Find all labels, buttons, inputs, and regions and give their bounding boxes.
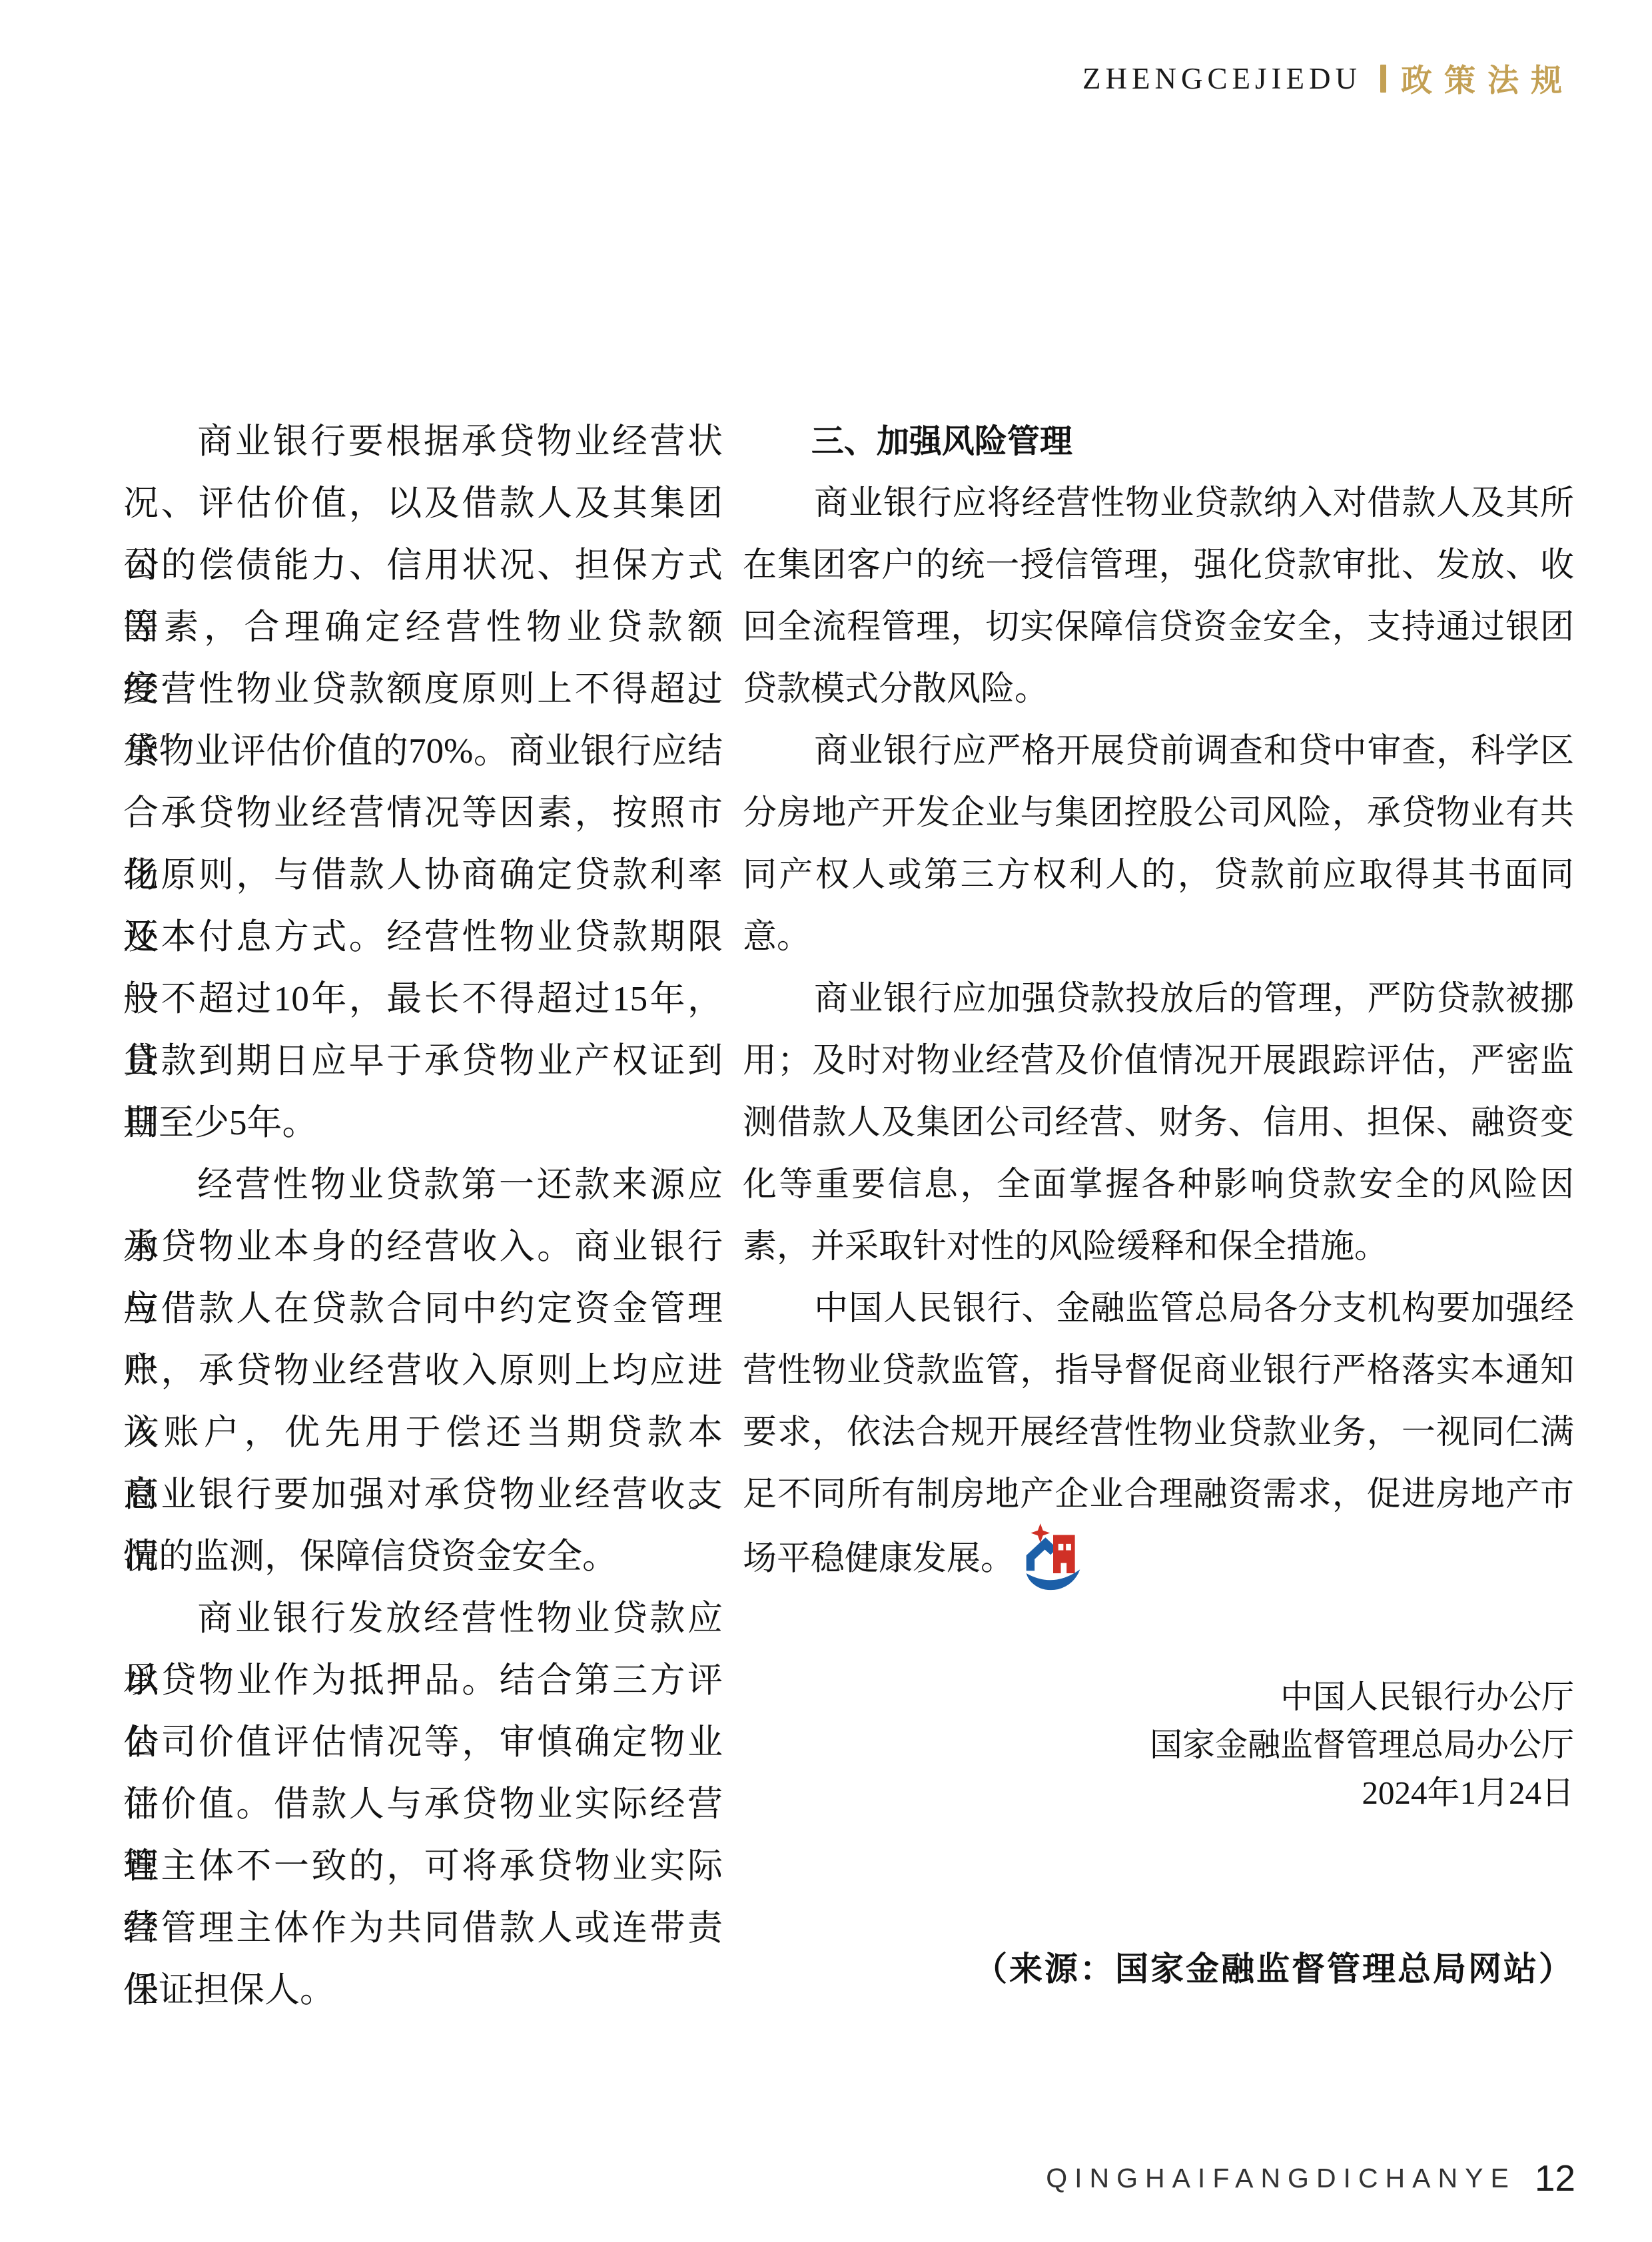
text-line: 商业银行发放经营性物业贷款应以: [123, 1588, 723, 1650]
text-line: 与借款人在贷款合同中约定资金管理账: [123, 1278, 723, 1340]
header-separator-bar: [1380, 65, 1386, 93]
text-line: 贷款到期日应早于承贷物业产权证到期: [123, 1030, 723, 1092]
text-line: 素，并采取针对性的风险缓释和保全措施。: [743, 1216, 1574, 1278]
text-line: 贷物业评估价值的70%。商业银行应结: [123, 721, 723, 783]
text-line: 商业银行应加强贷款投放后的管理，严防贷款被挪: [743, 968, 1574, 1030]
text-line: 用；及时对物业经营及价值情况开展跟踪评估，严密监: [743, 1030, 1574, 1092]
signature-line: 国家金融监督管理总局办公厅: [775, 1721, 1574, 1769]
page-header: ZHENGCEJIEDU 政策法规: [1082, 56, 1574, 101]
signature-line: 中国人民银行办公厅: [775, 1673, 1574, 1721]
text-line: 营性物业贷款监管，指导督促商业银行严格落实本通知: [743, 1340, 1574, 1402]
magazine-page: ZHENGCEJIEDU 政策法规 商业银行要根据承贷物业经营状况、评估价值，以…: [0, 0, 1652, 2242]
page-footer: QINGHAIFANGDICHANYE 12: [1046, 2157, 1575, 2199]
text-line: 要求，依法合规开展经营性物业贷款业务，一视同仁满: [743, 1402, 1574, 1464]
source-note: （来源：国家金融监督管理总局网站）: [974, 1942, 1574, 1990]
signature-line: 2024年1月24日: [775, 1769, 1574, 1817]
text-line: 因素，合理确定经营性物业贷款额度。: [123, 597, 723, 659]
page-number: 12: [1535, 2157, 1575, 2199]
text-line: 合承贷物业经营情况等因素，按照市场: [123, 783, 723, 845]
text-line: 经营性物业贷款第一还款来源应为: [123, 1154, 723, 1216]
text-line: 户，承贷物业经营收入原则上均应进入: [123, 1340, 723, 1402]
text-line: 足不同所有制房地产企业合理融资需求，促进房地产市: [743, 1464, 1574, 1526]
text-line: 贷款模式分散风险。: [743, 659, 1574, 721]
text-line: 商业银行应将经营性物业贷款纳入对借款人及其所: [743, 473, 1574, 535]
text-line: 般不超过10年，最长不得超过15年，且: [123, 968, 723, 1030]
text-line: 经营性物业贷款额度原则上不得超过承: [123, 659, 723, 721]
text-line: 场平稳健康发展。: [743, 1526, 1574, 1588]
text-line: 意。: [743, 907, 1574, 968]
magazine-end-logo-icon: [1021, 1522, 1085, 1594]
text-line: 日至少5年。: [123, 1092, 723, 1154]
text-line: 分房地产开发企业与集团控股公司风险，承贷物业有共: [743, 783, 1574, 845]
text-line: 理主体不一致的，可将承贷物业实际经: [123, 1836, 723, 1898]
text-line: 况、评估价值，以及借款人及其集团公: [123, 473, 723, 535]
text-line: 回全流程管理，切实保障信贷资金安全，支持通过银团: [743, 597, 1574, 659]
text-line: 该账户，优先用于偿还当期贷款本息。: [123, 1402, 723, 1464]
text-line: 商业银行应严格开展贷前调查和贷中审查，科学区: [743, 721, 1574, 783]
text-line: 化原则，与借款人协商确定贷款利率及: [123, 845, 723, 907]
text-line: 营管理主体作为共同借款人或连带责任: [123, 1898, 723, 1960]
section-title: 政策法规: [1401, 56, 1574, 101]
article-right-column: 三、加强风险管理商业银行应将经营性物业贷款纳入对借款人及其所在集团客户的统一授信…: [743, 411, 1574, 1588]
text-line: 公司价值评估情况等，审慎确定物业评: [123, 1712, 723, 1774]
text-line: 还本付息方式。经营性物业贷款期限一: [123, 907, 723, 968]
signature-block: 中国人民银行办公厅国家金融监督管理总局办公厅2024年1月24日: [775, 1673, 1574, 1817]
text-line: 商业银行要加强对承贷物业经营收支情: [123, 1464, 723, 1526]
text-line: 保证担保人。: [123, 1960, 723, 2022]
text-line: 估价值。借款人与承贷物业实际经营管: [123, 1774, 723, 1836]
text-line: 在集团客户的统一授信管理，强化贷款审批、发放、收: [743, 535, 1574, 597]
text-line: 三、加强风险管理: [743, 411, 1574, 473]
text-line: 承贷物业本身的经营收入。商业银行应: [123, 1216, 723, 1278]
text-line: 同产权人或第三方权利人的，贷款前应取得其书面同: [743, 845, 1574, 907]
text-line: 承贷物业作为抵押品。结合第三方评估: [123, 1650, 723, 1712]
article-left-column: 商业银行要根据承贷物业经营状况、评估价值，以及借款人及其集团公司的偿债能力、信用…: [123, 411, 723, 2022]
text-line: 况的监测，保障信贷资金安全。: [123, 1526, 723, 1588]
text-line: 化等重要信息，全面掌握各种影响贷款安全的风险因: [743, 1154, 1574, 1216]
text-line: 司的偿债能力、信用状况、担保方式等: [123, 535, 723, 597]
text-line: 测借款人及集团公司经营、财务、信用、担保、融资变: [743, 1092, 1574, 1154]
text-line: 中国人民银行、金融监管总局各分支机构要加强经: [743, 1278, 1574, 1340]
journal-pinyin-text: QINGHAIFANGDICHANYE: [1046, 2163, 1516, 2194]
text-line: 商业银行要根据承贷物业经营状: [123, 411, 723, 473]
journal-code-text: ZHENGCEJIEDU: [1082, 61, 1362, 96]
